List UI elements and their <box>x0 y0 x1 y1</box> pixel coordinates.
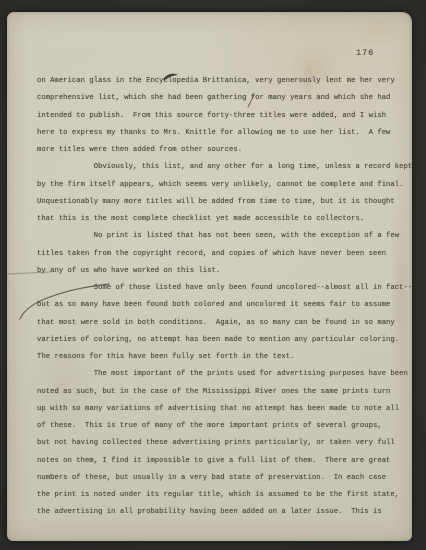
typed-line: numbers of these, but usually in a very … <box>37 470 409 487</box>
page-number: 176 <box>356 48 374 58</box>
typed-line: comprehensive list, which she had been g… <box>37 90 409 107</box>
typed-line: by the firm itself appears, which seems … <box>37 177 409 194</box>
typed-line: here to express my thanks to Mrs. Knittl… <box>37 125 409 142</box>
typed-line: that this is the most complete checklist… <box>37 211 409 228</box>
typed-line: but not having collected these advertisi… <box>37 435 409 452</box>
typed-line: intended to publish. From this source fo… <box>37 108 409 125</box>
typed-line: Unquestionably many more titles will be … <box>37 194 409 211</box>
typed-line: the advertising in all probability havin… <box>37 504 409 521</box>
typed-line: No print is listed that has not been see… <box>37 228 409 245</box>
typed-line: varieties of coloring, no attempt has be… <box>37 332 409 349</box>
typed-line: up with so many variations of advertisin… <box>37 401 409 418</box>
typed-line: Obviously, this list, and any other for … <box>37 159 409 176</box>
typed-text-block: on American glass in the Encyclopedia Br… <box>37 73 409 522</box>
typed-line: the print is noted under its regular tit… <box>37 487 409 504</box>
typed-line: The reasons for this have been fully set… <box>37 349 409 366</box>
typed-line: more titles were then added from other s… <box>37 142 409 159</box>
typed-line: noted as such, but in the case of the Mi… <box>37 384 409 401</box>
typed-line: notes on them, I find it impossible to g… <box>37 453 409 470</box>
typed-line: Some of those listed have only been foun… <box>37 280 409 297</box>
typed-line: that most were sold in both conditions. … <box>37 315 409 332</box>
typed-line: on American glass in the Encyclopedia Br… <box>37 73 409 90</box>
paper-page: 176 on American glass in the Encyclopedi… <box>7 12 412 541</box>
typed-line: of these. This is true of many of the mo… <box>37 418 409 435</box>
typed-line: but as so many have been found both colo… <box>37 297 409 314</box>
typed-line: titles taken from the copyright record, … <box>37 246 409 263</box>
scanned-document-screenshot: { "page": { "number": "176" }, "document… <box>0 0 426 550</box>
typed-line: The most important of the prints used fo… <box>37 366 409 383</box>
typed-line: by any of us who have worked on this lis… <box>37 263 409 280</box>
